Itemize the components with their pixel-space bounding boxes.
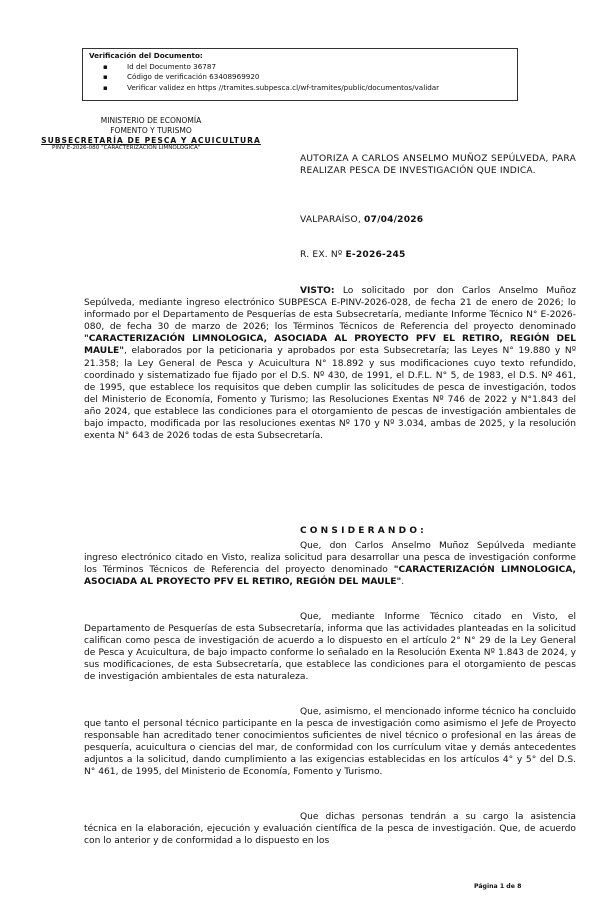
resolution-subject: AUTORIZA A CARLOS ANSELMO MUÑOZ SEPÚLVED… — [300, 153, 576, 178]
visto-label: VISTO: — [300, 286, 335, 296]
considerando-1-end: . — [401, 577, 404, 587]
visto-text-b: , elaborados por la peticionaria y aprob… — [84, 346, 576, 441]
verification-box: Verificación del Documento: Id del Docum… — [82, 48, 518, 101]
place-date: VALPARAÍSO, 07/04/2026 — [300, 214, 576, 226]
verification-code: Código de verificación 63408969920 — [103, 72, 511, 83]
considerando-heading: CONSIDERANDO: — [300, 526, 427, 536]
page-number: Página 1 de 8 — [474, 883, 521, 890]
considerando-paragraph-3: Que, asimismo, el mencionado informe téc… — [84, 706, 576, 779]
ministry-header: MINISTERIO DE ECONOMÍA FOMENTO Y TURISMO… — [36, 116, 266, 152]
considerando-paragraph-2: Que, mediante Informe Técnico citado en … — [84, 611, 576, 684]
considerando-3-text: Que, asimismo, el mencionado informe téc… — [84, 707, 576, 777]
resolution-number: R. EX. Nº E-2026-245 — [300, 249, 576, 261]
project-reference: PINV E-2026-080 "CARACTERIZACIÓN LIMNOLÓ… — [36, 145, 266, 152]
considerando-paragraph-4: Que dichas personas tendrán a su cargo l… — [84, 811, 576, 847]
verification-list: Id del Documento 36787 Código de verific… — [89, 62, 511, 94]
place: VALPARAÍSO, — [300, 215, 364, 225]
visto-paragraph: VISTO: Lo solicitado por don Carlos Anse… — [84, 285, 576, 442]
considerando-paragraph-1: Que, don Carlos Anselmo Muñoz Sepúlveda … — [84, 540, 576, 588]
verification-url[interactable]: Verificar validez en https //tramites.su… — [103, 83, 511, 94]
subsecretaria-name: SUBSECRETARÍA DE PESCA Y ACUICULTURA — [36, 136, 266, 146]
considerando-4-text: Que dichas personas tendrán a su cargo l… — [84, 812, 576, 846]
considerando-2-text: Que, mediante Informe Técnico citado en … — [84, 612, 576, 682]
ministry-name: MINISTERIO DE ECONOMÍA — [36, 116, 266, 126]
resolution-number-label: R. EX. Nº — [300, 250, 346, 260]
document-id: Id del Documento 36787 — [103, 62, 511, 73]
resolution-date: 07/04/2026 — [364, 215, 423, 225]
resolution-number-value: E-2026-245 — [346, 250, 406, 260]
verification-title: Verificación del Documento: — [89, 51, 511, 62]
ministry-name-line2: FOMENTO Y TURISMO — [36, 126, 266, 136]
